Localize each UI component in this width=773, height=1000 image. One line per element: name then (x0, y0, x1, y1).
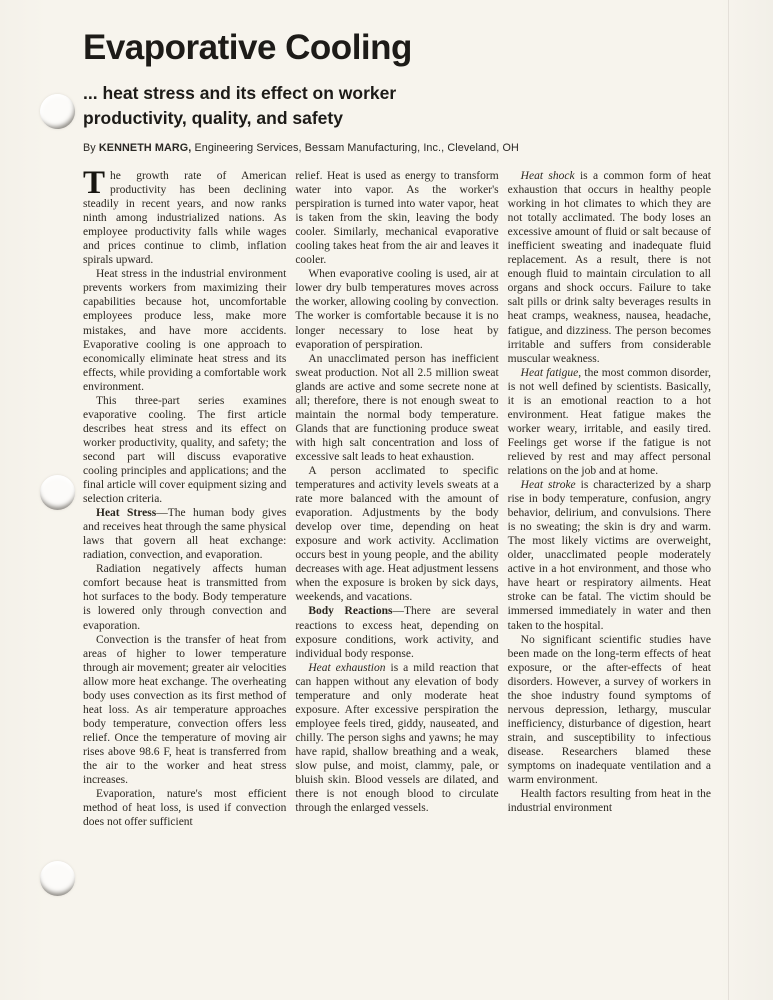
paragraph-lead: Heat exhaustion (308, 662, 385, 674)
subtitle-line-1: ... heat stress and its effect on worker (83, 83, 396, 103)
article-content: Evaporative Cooling ... heat stress and … (83, 28, 711, 829)
article-body: The growth rate of American productivity… (83, 169, 711, 829)
drop-cap: T (83, 170, 105, 196)
paragraph: Radiation negatively affects human comfo… (83, 562, 286, 632)
paragraph: This three-part series examines evaporat… (83, 394, 286, 506)
paragraph-lead: Heat shock (521, 170, 575, 182)
column-2: relief. Heat is used as energy to transf… (295, 169, 498, 829)
paragraph-lead: Body Reactions (308, 605, 392, 617)
byline-author: KENNETH MARG, (99, 142, 191, 154)
paragraph: When evaporative cooling is used, air at… (295, 267, 498, 351)
byline-prefix: By (83, 142, 99, 154)
paragraph: Health factors resulting from heat in th… (508, 787, 711, 815)
paragraph: Heat stress in the industrial environmen… (83, 267, 286, 393)
paragraph: Heat stroke is characterized by a sharp … (508, 478, 711, 633)
paragraph: Heat Stress—The human body gives and rec… (83, 506, 286, 562)
punch-hole (40, 861, 75, 896)
paragraph: No significant scientific studies have b… (508, 633, 711, 788)
article-subtitle: ... heat stress and its effect on worker… (83, 81, 711, 131)
paragraph: Heat fatigue, the most common disorder, … (508, 366, 711, 478)
scanned-article-page: Evaporative Cooling ... heat stress and … (0, 0, 773, 1000)
column-1: The growth rate of American productivity… (83, 169, 286, 829)
punch-hole (40, 475, 75, 510)
paragraph: Heat exhaustion is a mild reaction that … (295, 661, 498, 816)
paragraph: A person acclimated to specific temperat… (295, 464, 498, 604)
paragraph: Heat shock is a common form of heat exha… (508, 169, 711, 366)
paragraph: Evaporation, nature's most efficient met… (83, 787, 286, 829)
paragraph: relief. Heat is used as energy to transf… (295, 169, 498, 267)
paragraph: An unacclimated person has inefficient s… (295, 352, 498, 464)
paragraph: Convection is the transfer of heat from … (83, 633, 286, 788)
column-3: Heat shock is a common form of heat exha… (508, 169, 711, 829)
paragraph-lead: Heat Stress (96, 507, 156, 519)
page-title: Evaporative Cooling (83, 28, 711, 68)
paragraph: The growth rate of American productivity… (83, 169, 286, 267)
paragraph-lead: Heat fatigue (521, 367, 579, 379)
page-edge-line (728, 0, 729, 1000)
subtitle-line-2: productivity, quality, and safety (83, 108, 343, 128)
byline-affiliation: Engineering Services, Bessam Manufacturi… (191, 142, 518, 154)
punch-hole (34, 88, 82, 136)
paragraph: Body Reactions—There are several reactio… (295, 604, 498, 660)
paragraph-lead: Heat stroke (521, 479, 576, 491)
byline: By KENNETH MARG, Engineering Services, B… (83, 142, 711, 154)
